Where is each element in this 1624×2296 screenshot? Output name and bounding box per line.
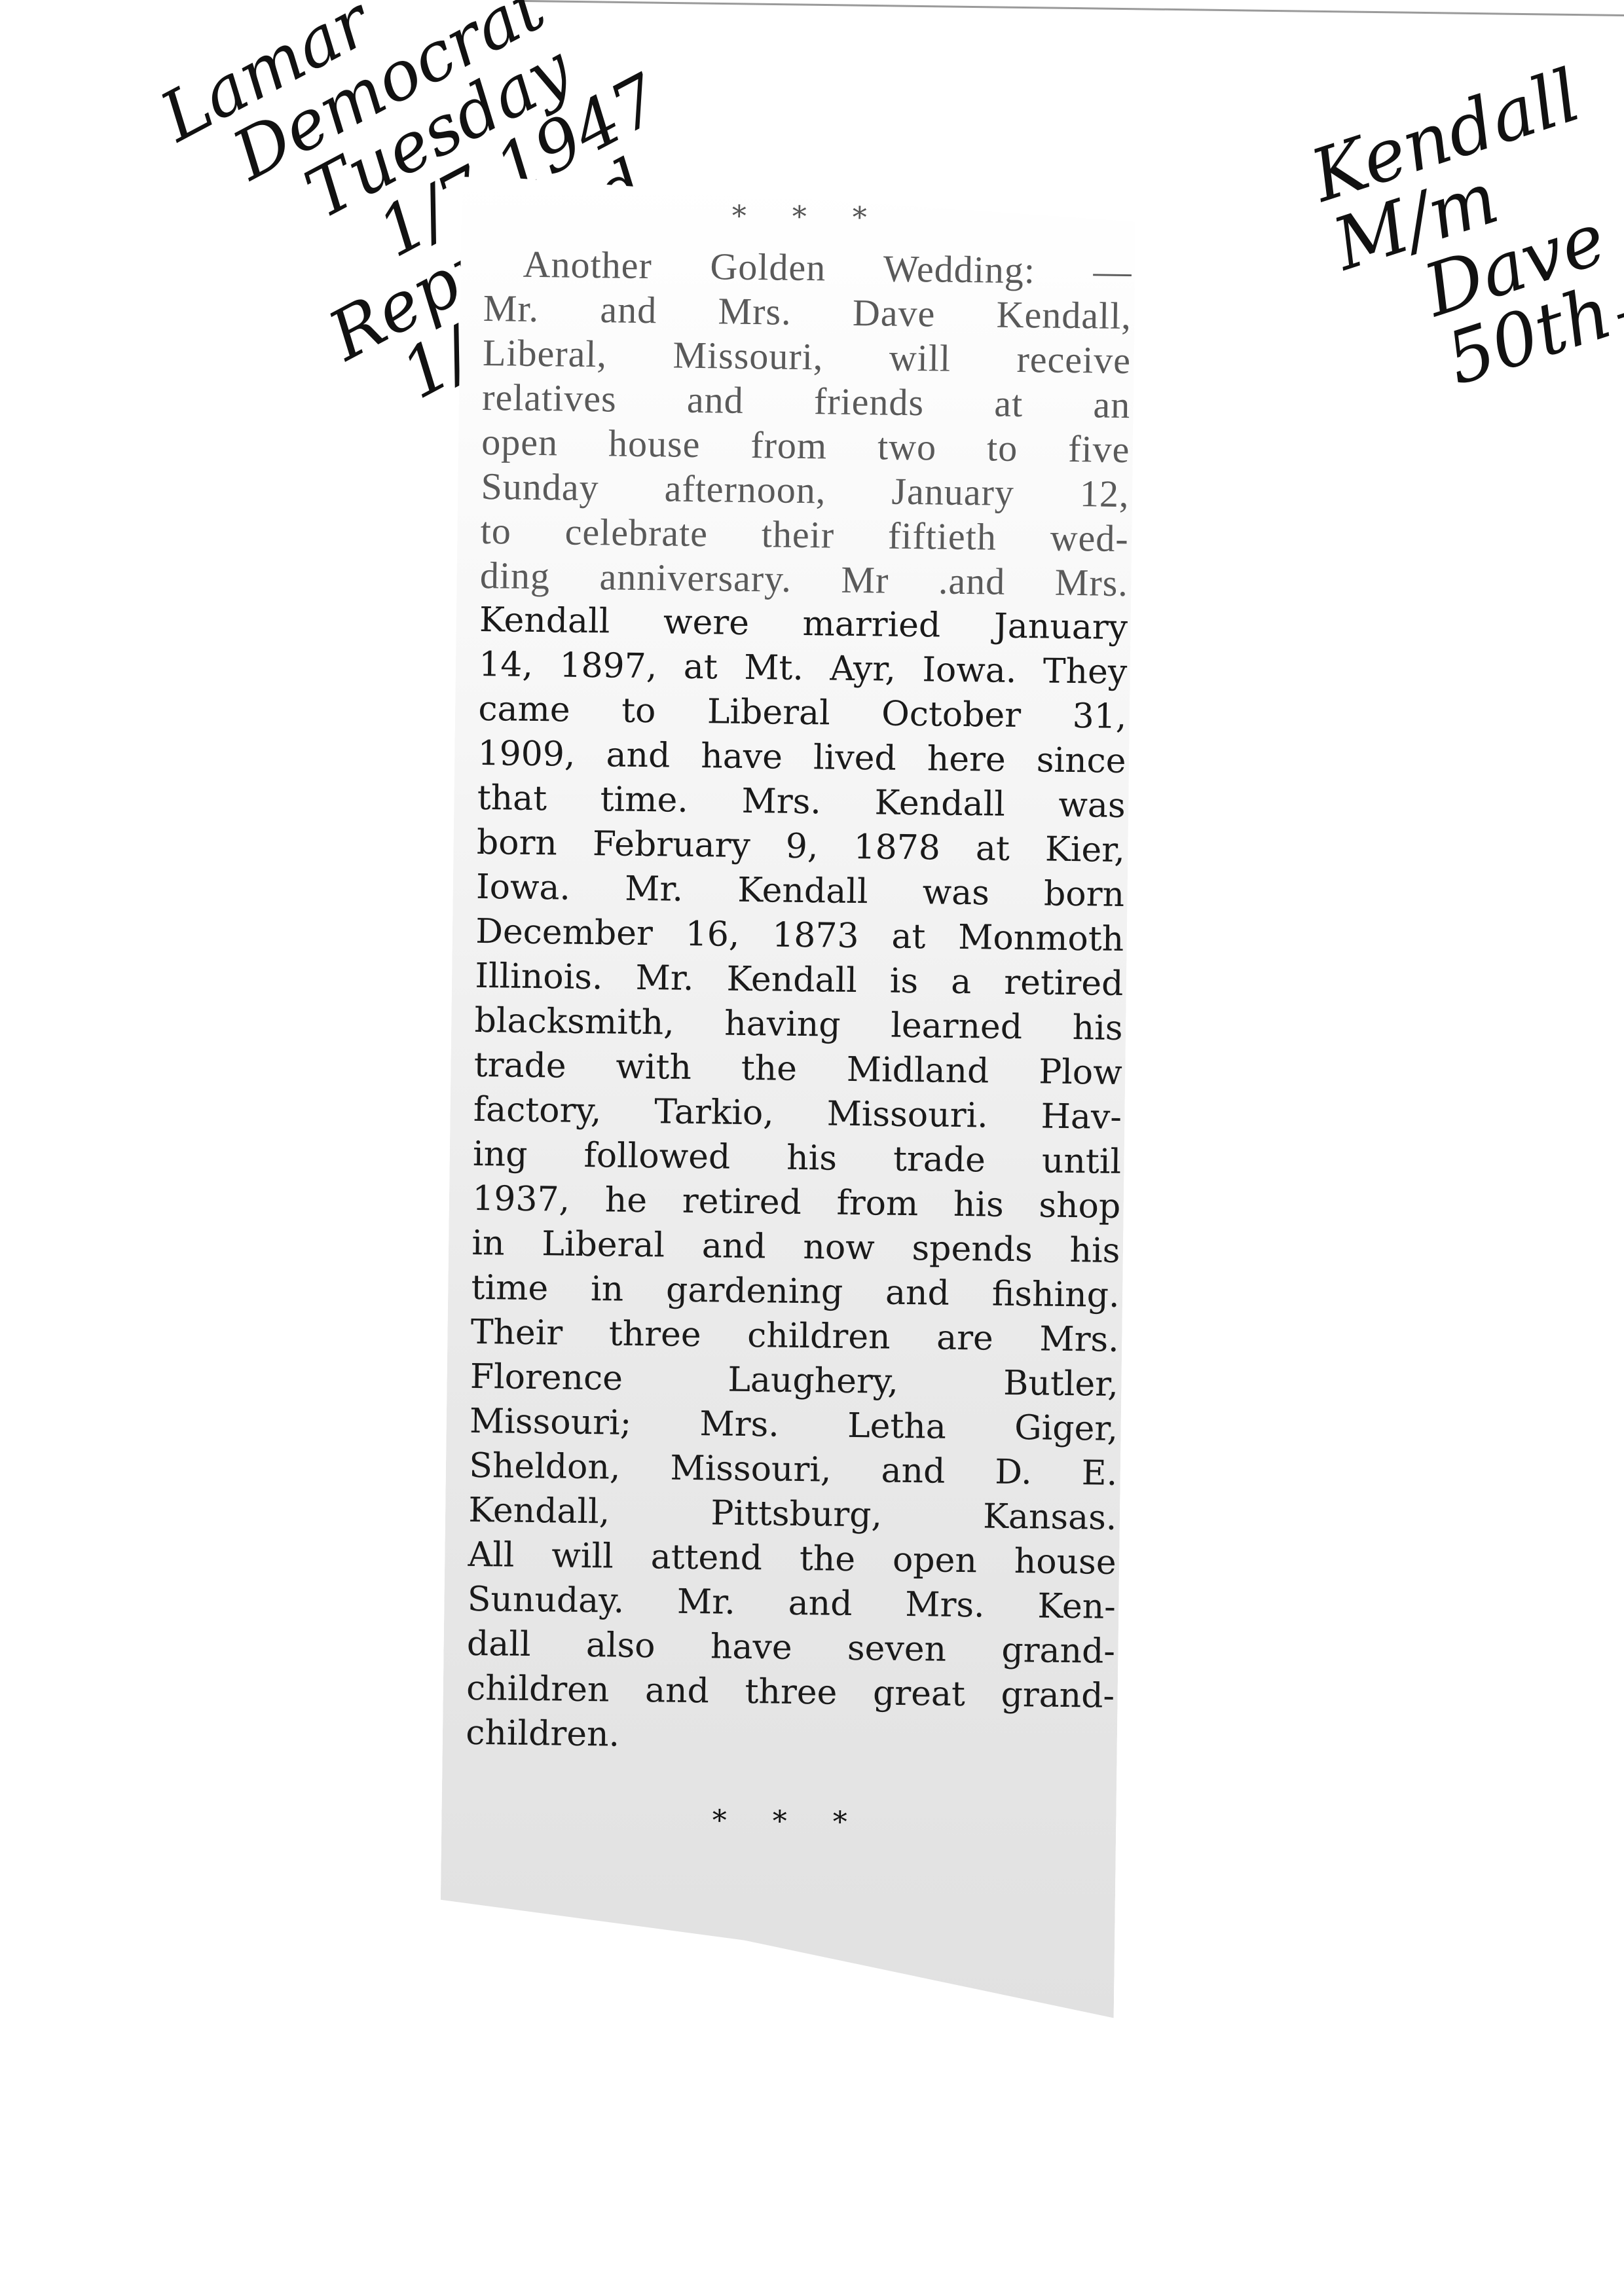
article-line: to celebrate their fiftieth wed- <box>480 509 1129 561</box>
handwritten-note-subject: Kendall M/m Dave 50th <box>1303 22 1624 418</box>
article-line: time in gardening and fishing. <box>471 1266 1120 1318</box>
article-line: Another Golden Wedding: — <box>483 242 1132 294</box>
bottom-separator: * * * <box>464 1801 1113 1842</box>
article-line: factory, Tarkio, Missouri. Hav- <box>473 1087 1122 1140</box>
article-line: Iowa. Mr. Kendall was born <box>476 865 1125 917</box>
article-line: blacksmith, having learned his <box>474 998 1123 1051</box>
article-line: December 16, 1873 at Monmoth <box>475 909 1124 962</box>
article-line: born February 9, 1878 at Kier, <box>477 820 1126 873</box>
article-line: in Liberal and now spends his <box>471 1221 1120 1273</box>
underline-stroke <box>1617 269 1624 319</box>
article-line: 1937, he retired from his shop <box>472 1176 1121 1229</box>
article-line: Sunday afternoon, January 12, <box>481 464 1130 517</box>
clipping-top-edge <box>524 0 1624 16</box>
article-line: relatives and friends at an <box>482 375 1131 428</box>
article-line: dall also have seven grand- <box>467 1622 1116 1674</box>
article-line: All will attend the open house <box>468 1533 1116 1585</box>
article-line: 1909, and have lived here since <box>477 731 1126 784</box>
article-line: Kendall were married January <box>479 598 1128 650</box>
article-line: Liberal, Missouri, will receive <box>483 331 1132 383</box>
article-line: ing followed his trade until <box>473 1132 1122 1184</box>
article-line: trade with the Midland Plow <box>473 1043 1122 1095</box>
article-line: Missouri; Mrs. Letha Giger, <box>470 1399 1118 1451</box>
article-line: that time. Mrs. Kendall was <box>477 776 1126 828</box>
article-line: Their three children are Mrs. <box>470 1310 1119 1362</box>
article-line: Mr. and Mrs. Dave Kendall, <box>483 286 1132 338</box>
article-line: came to Liberal October 31, <box>478 687 1127 739</box>
article-line: children. <box>466 1711 1115 1763</box>
article-line: open house from two to five <box>481 420 1130 472</box>
article-line: ding anniversary. Mr .and Mrs. <box>480 553 1129 606</box>
article-body: Another Golden Wedding: —Mr. and Mrs. Da… <box>466 242 1132 1763</box>
top-separator: * * * <box>484 196 1133 238</box>
article-line: Sheldon, Missouri, and D. E. <box>469 1444 1118 1496</box>
article-line: Florence Laughery, Butler, <box>470 1355 1119 1407</box>
article-line: Sunuday. Mr. and Mrs. Ken- <box>467 1577 1116 1630</box>
article-line: Illinois. Mr. Kendall is a retired <box>475 954 1124 1006</box>
article-line: Kendall, Pittsburg, Kansas. <box>468 1488 1117 1540</box>
newspaper-clipping: * * * Another Golden Wedding: —Mr. and M… <box>464 196 1133 1854</box>
article-line: 14, 1897, at Mt. Ayr, Iowa. They <box>479 642 1128 695</box>
article-line: children and three great grand- <box>466 1666 1115 1719</box>
